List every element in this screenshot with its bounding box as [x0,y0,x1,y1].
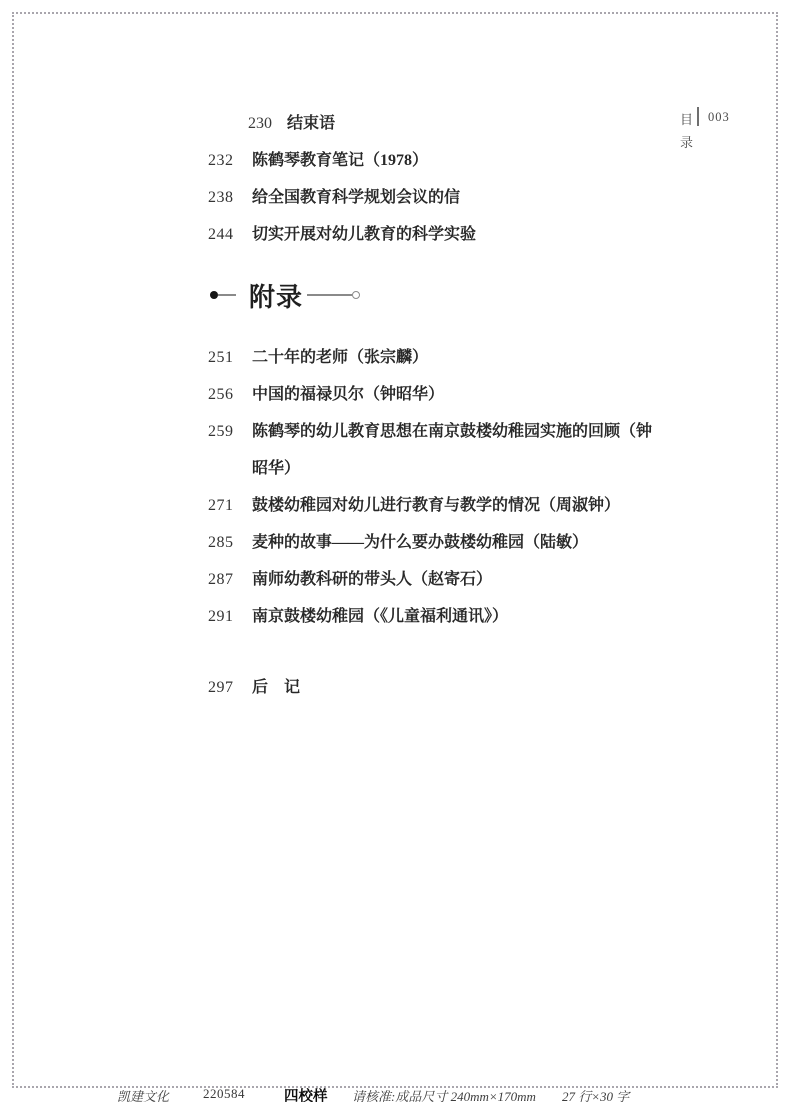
toc-entry: 287 南师幼教科研的带头人（赵寄石） [208,561,768,598]
toc-entry-title: 鼓楼幼稚园对幼儿进行教育与教学的情况（周淑钟） [252,497,620,514]
toc-entry-page-number: 238 [208,179,248,216]
toc-list-appendix: 251 二十年的老师（张宗麟） 256 中国的福禄贝尔（钟昭华） 259 陈鹤琴… [208,339,768,635]
ring-dot-icon [352,291,360,299]
toc-entry: 285 麦种的故事——为什么要办鼓楼幼稚园（陆敏） [208,524,768,561]
footer-job-number: 220584 [203,1086,245,1102]
footer-publisher: 凯建文化 [117,1086,169,1102]
toc-entry: 297 后 记 [208,669,768,706]
toc-entry: 251 二十年的老师（张宗麟） [208,339,768,376]
toc-list-afterword: 297 后 记 [208,669,768,706]
footer-proof-label: 四校样 [284,1085,328,1102]
running-head-divider [697,107,699,126]
toc-entry-title: 南京鼓楼幼稚园（《儿童福利通讯》） [252,608,508,625]
toc-entry: 291 南京鼓楼幼稚园（《儿童福利通讯》） [208,598,768,635]
section-heading-appendix: 附录 [208,276,360,314]
toc-entry-page-number: 259 [208,413,248,450]
toc-entry-title: 南师幼教科研的带头人（赵寄石） [252,571,492,588]
toc-entry-title: 给全国教育科学规划会议的信 [252,189,460,206]
toc-entry: 238 给全国教育科学规划会议的信 [208,179,768,216]
toc-entry-page-number: 232 [208,142,248,179]
bullet-dot-icon [210,291,218,299]
toc-entry: 244 切实开展对幼儿教育的科学实验 [208,216,768,253]
header-continuation-entry: 230结束语 [248,105,335,142]
continuation-page-number: 230 [248,105,287,142]
toc-entry-title-line-2: 昭华） [252,450,768,487]
scanned-toc-page: 230结束语 目 003 录 232 陈鹤琴教育笔记（1978） 238 给全国… [0,0,790,1102]
toc-entry: 256 中国的福禄贝尔（钟昭华） [208,376,768,413]
toc-entry-page-number: 287 [208,561,248,598]
toc-entry: 232 陈鹤琴教育笔记（1978） [208,142,768,179]
toc-entry-page-number: 251 [208,339,248,376]
toc-entry-title: 中国的福禄贝尔（钟昭华） [252,386,444,403]
heading-rule-left [218,294,236,296]
toc-entry-title: 麦种的故事——为什么要办鼓楼幼稚园（陆敏） [252,534,588,551]
toc-entry: 259 陈鹤琴的幼儿教育思想在南京鼓楼幼稚园实施的回顾（钟 昭华） [208,413,768,487]
toc-list-main: 232 陈鹤琴教育笔记（1978） 238 给全国教育科学规划会议的信 244 … [208,142,768,253]
toc-entry-title: 切实开展对幼儿教育的科学实验 [252,226,476,243]
proof-footer: 凯建文化 220584 四校样 请核准:成品尺寸 240mm×170mm 27 … [0,1086,790,1102]
toc-entry-page-number: 244 [208,216,248,253]
toc-entry-page-number: 271 [208,487,248,524]
toc-entry-page-number: 291 [208,598,248,635]
continuation-title: 结束语 [287,115,335,132]
toc-entry-title: 陈鹤琴教育笔记（1978） [252,152,428,169]
toc-entry-title-line-1: 陈鹤琴的幼儿教育思想在南京鼓楼幼稚园实施的回顾（钟 [252,413,768,450]
toc-entry-page-number: 285 [208,524,248,561]
toc-entry-title: 后 记 [252,679,300,696]
running-head-char-top: 目 [680,109,693,128]
footer-grid-spec: 27 行×30 字 [562,1086,629,1102]
folio-page-number: 003 [708,110,730,125]
toc-entry-page-number: 297 [208,669,248,706]
toc-entry-page-number: 256 [208,376,248,413]
footer-trim-spec: 请核准:成品尺寸 240mm×170mm [352,1086,536,1102]
section-title: 附录 [249,277,303,314]
toc-entry-title: 二十年的老师（张宗麟） [252,349,428,366]
heading-rule-right [307,294,352,296]
toc-entry: 271 鼓楼幼稚园对幼儿进行教育与教学的情况（周淑钟） [208,487,768,524]
